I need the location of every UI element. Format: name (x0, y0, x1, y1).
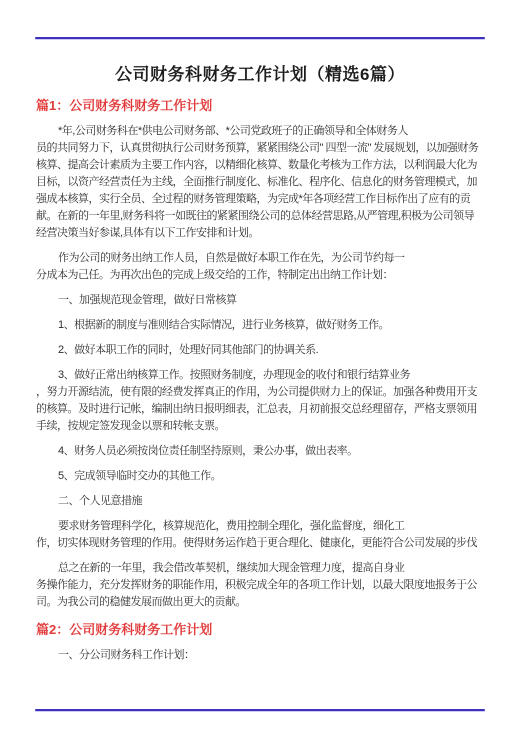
paragraph: 一、加强规范现金管理，做好日常核算 (36, 292, 484, 309)
page-title: 公司财务科财务工作计划（精选6篇） (36, 63, 484, 87)
paragraph: 总之在新的一年里，我会借改革契机，继续加大现金管理力度，提高自身业 务操作能力，… (36, 560, 484, 611)
paragraph: 1、根据新的制度与准则结合实际情况，进行业务核算，做好财务工作。 (36, 317, 484, 334)
paragraph: *年,公司财务科在*供电公司财务部、*公司党政班子的正确领导和全体财务人 员的共… (36, 123, 484, 242)
paragraph: 作为公司的财务出纳工作人员，自然是做好本职工作在先，为公司节约每一 分成本为己任… (36, 250, 484, 284)
paragraph: 要求财务管理科学化，核算规范化，费用控制全理化，强化监督度，细化工 作，切实体现… (36, 518, 484, 552)
bottom-border-line (35, 709, 485, 711)
paragraph: 2、做好本职工作的同时，处理好同其他部门的协调关系. (36, 342, 484, 359)
document-body: 篇1：公司财务科财务工作计划*年,公司财务科在*供电公司财务部、*公司党政班子的… (36, 97, 484, 664)
paragraph: 5、完成领导临时交办的其他工作。 (36, 468, 484, 485)
section-heading: 篇1：公司财务科财务工作计划 (36, 97, 484, 115)
paragraph: 二、个人见意措施 (36, 493, 484, 510)
paragraph: 一、分公司财务科工作计划： (36, 647, 484, 664)
document-page: 公司财务科财务工作计划（精选6篇） 篇1：公司财务科财务工作计划*年,公司财务科… (0, 0, 520, 736)
paragraph: 4、财务人员必须按岗位责任制坚持原则，秉公办事，做出表率。 (36, 443, 484, 460)
section-heading: 篇2：公司财务科财务工作计划 (36, 621, 484, 639)
paragraph: 3、做好正常出纳核算工作。按照财务制度，办理现金的收付和银行结算业务 ，努力开源… (36, 367, 484, 435)
document-content: 公司财务科财务工作计划（精选6篇） 篇1：公司财务科财务工作计划*年,公司财务科… (0, 39, 520, 672)
